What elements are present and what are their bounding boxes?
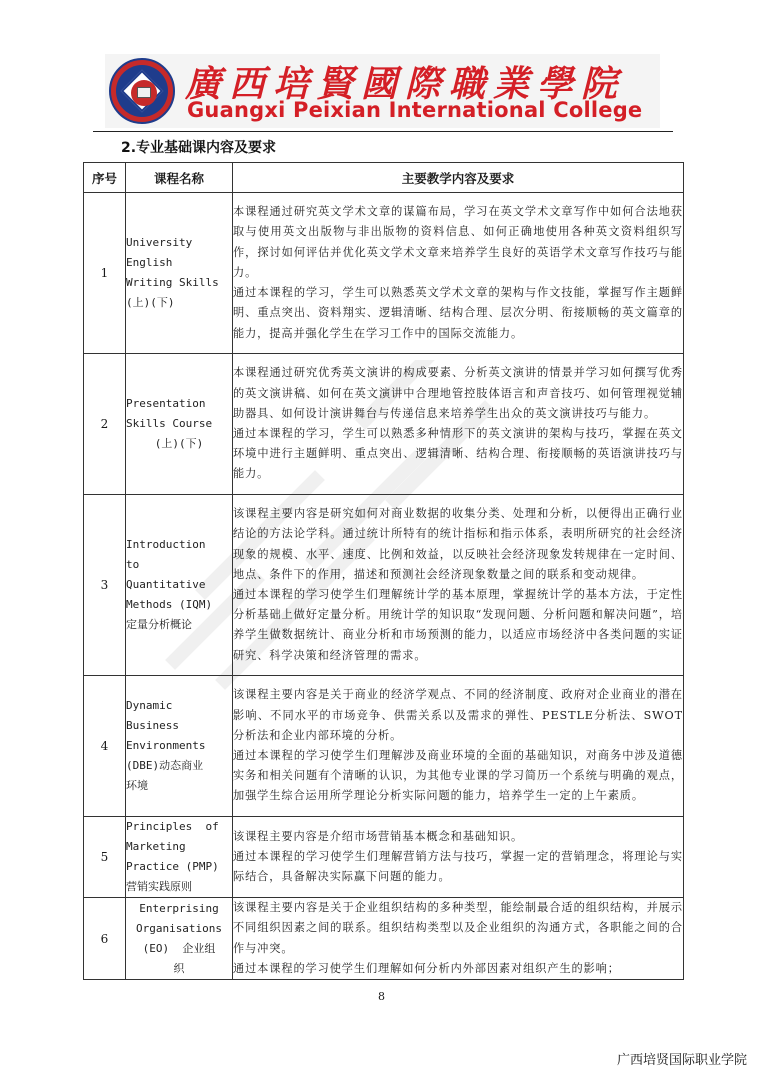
- course-name-line: (上)(下): [126, 434, 232, 454]
- course-description: 本课程通过研究优秀英文演讲的构成要素、分析英文演讲的情景并学习如何撰写优秀的英文…: [233, 354, 684, 495]
- course-name: Enterprising Organisations (EO) 企业组 织: [126, 898, 233, 980]
- description-paragraph: 该课程主要内容是介绍市场营销基本概念和基础知识。: [233, 827, 683, 847]
- course-name-line: (DBE)动态商业: [126, 756, 232, 776]
- course-name-line: Practice (PMP): [126, 857, 232, 877]
- document-page: 廣西培賢國際職業學院 Guangxi Peixian International…: [0, 0, 763, 1080]
- row-number: 4: [84, 676, 126, 817]
- course-name: Principles of Marketing Practice (PMP) 营…: [126, 817, 233, 898]
- course-name-line: Marketing: [126, 837, 232, 857]
- row-number: 5: [84, 817, 126, 898]
- course-name: University English Writing Skills (上)(下): [126, 193, 233, 354]
- table-row: 4 Dynamic Business Environments (DBE)动态商…: [84, 676, 684, 817]
- page-number: 8: [0, 990, 763, 1003]
- column-header-content: 主要教学内容及要求: [233, 163, 684, 193]
- course-name: Presentation Skills Course (上)(下): [126, 354, 233, 495]
- table-row: 2 Presentation Skills Course (上)(下) 本课程通…: [84, 354, 684, 495]
- course-name-line: Organisations: [126, 919, 232, 939]
- table-row: 6 Enterprising Organisations (EO) 企业组 织 …: [84, 898, 684, 980]
- column-header-course-name: 课程名称: [126, 163, 233, 193]
- course-name: Introduction to Quantitative Methods (IQ…: [126, 495, 233, 676]
- course-name-line: Business: [126, 716, 232, 736]
- row-number: 3: [84, 495, 126, 676]
- description-paragraph: 通过本课程的学习使学生们理解统计学的基本原理，掌握统计学的基本方法，于定性分析基…: [233, 585, 683, 666]
- description-paragraph: 该课程主要内容是研究如何对商业数据的收集分类、处理和分析，以便得出正确行业结论的…: [233, 504, 683, 585]
- header-divider: [93, 131, 673, 132]
- description-paragraph: 通过本课程的学习使学生们理解如何分析内外部因素对组织产生的影响；: [233, 959, 683, 979]
- description-paragraph: 该课程主要内容是关于企业组织结构的多种类型，能绘制最合适的组织结构，并展示不同组…: [233, 898, 683, 959]
- course-name-line: University: [126, 233, 232, 253]
- table-row: 3 Introduction to Quantitative Methods (…: [84, 495, 684, 676]
- course-name-line: Principles of: [126, 817, 232, 837]
- description-paragraph: 本课程通过研究英文学术文章的谋篇布局，学习在英文学术文章写作中如何合法地获取与使…: [233, 202, 683, 283]
- section-title: 2.专业基础课内容及要求: [121, 137, 276, 157]
- table-row: 1 University English Writing Skills (上)(…: [84, 193, 684, 354]
- row-number: 2: [84, 354, 126, 495]
- course-name-line: English: [126, 253, 232, 273]
- course-table: 序号 课程名称 主要教学内容及要求 1 University English W…: [83, 162, 684, 980]
- description-paragraph: 该课程主要内容是关于商业的经济学观点、不同的经济制度、政府对企业商业的潜在影响、…: [233, 685, 683, 746]
- course-name-line: Methods (IQM): [126, 595, 232, 615]
- table-header-row: 序号 课程名称 主要教学内容及要求: [84, 163, 684, 193]
- course-name-line: Enterprising: [126, 899, 232, 919]
- footer-organization: 广西培贤国际职业学院: [617, 1049, 747, 1068]
- course-name-line: Introduction: [126, 535, 232, 555]
- description-paragraph: 通过本课程的学习使学生们理解营销方法与技巧，掌握一定的营销理念，将理论与实际结合…: [233, 847, 683, 887]
- course-name-line: Writing Skills: [126, 273, 232, 293]
- column-header-no: 序号: [84, 163, 126, 193]
- row-number: 6: [84, 898, 126, 980]
- course-description: 该课程主要内容是介绍市场营销基本概念和基础知识。 通过本课程的学习使学生们理解营…: [233, 817, 684, 898]
- row-number: 1: [84, 193, 126, 354]
- book-icon: [137, 87, 151, 98]
- college-emblem-icon: [109, 58, 175, 124]
- course-description: 本课程通过研究英文学术文章的谋篇布局，学习在英文学术文章写作中如何合法地获取与使…: [233, 193, 684, 354]
- header-banner: 廣西培賢國際職業學院 Guangxi Peixian International…: [105, 54, 660, 128]
- course-name-line: Skills Course: [126, 414, 232, 434]
- course-name-line: 定量分析概论: [126, 615, 232, 635]
- course-name-line: 织: [126, 959, 232, 979]
- description-paragraph: 通过本课程的学习，学生可以熟悉多种情形下的英文演讲的架构与技巧，掌握在英文环境中…: [233, 424, 683, 485]
- course-name-line: (上)(下): [126, 293, 232, 313]
- course-description: 该课程主要内容是关于商业的经济学观点、不同的经济制度、政府对企业商业的潜在影响、…: [233, 676, 684, 817]
- description-paragraph: 通过本课程的学习，学生可以熟悉英文学术文章的架构与作文技能，掌握写作主题鲜明、重…: [233, 283, 683, 344]
- course-name-line: to: [126, 555, 232, 575]
- course-name-line: 营销实践原则: [126, 877, 232, 897]
- course-name-line: Environments: [126, 736, 232, 756]
- course-name-line: Dynamic: [126, 696, 232, 716]
- course-description: 该课程主要内容是研究如何对商业数据的收集分类、处理和分析，以便得出正确行业结论的…: [233, 495, 684, 676]
- course-name-line: Quantitative: [126, 575, 232, 595]
- course-name-line: 环境: [126, 776, 232, 796]
- course-name-line: Presentation: [126, 394, 232, 414]
- course-name: Dynamic Business Environments (DBE)动态商业 …: [126, 676, 233, 817]
- description-paragraph: 通过本课程的学习使学生们理解涉及商业环境的全面的基础知识，对商务中涉及道德实务和…: [233, 746, 683, 807]
- course-description: 该课程主要内容是关于企业组织结构的多种类型，能绘制最合适的组织结构，并展示不同组…: [233, 898, 684, 980]
- course-name-line: (EO) 企业组: [126, 939, 232, 959]
- description-paragraph: 本课程通过研究优秀英文演讲的构成要素、分析英文演讲的情景并学习如何撰写优秀的英文…: [233, 363, 683, 424]
- college-name-en: Guangxi Peixian International College: [187, 98, 642, 122]
- table-row: 5 Principles of Marketing Practice (PMP)…: [84, 817, 684, 898]
